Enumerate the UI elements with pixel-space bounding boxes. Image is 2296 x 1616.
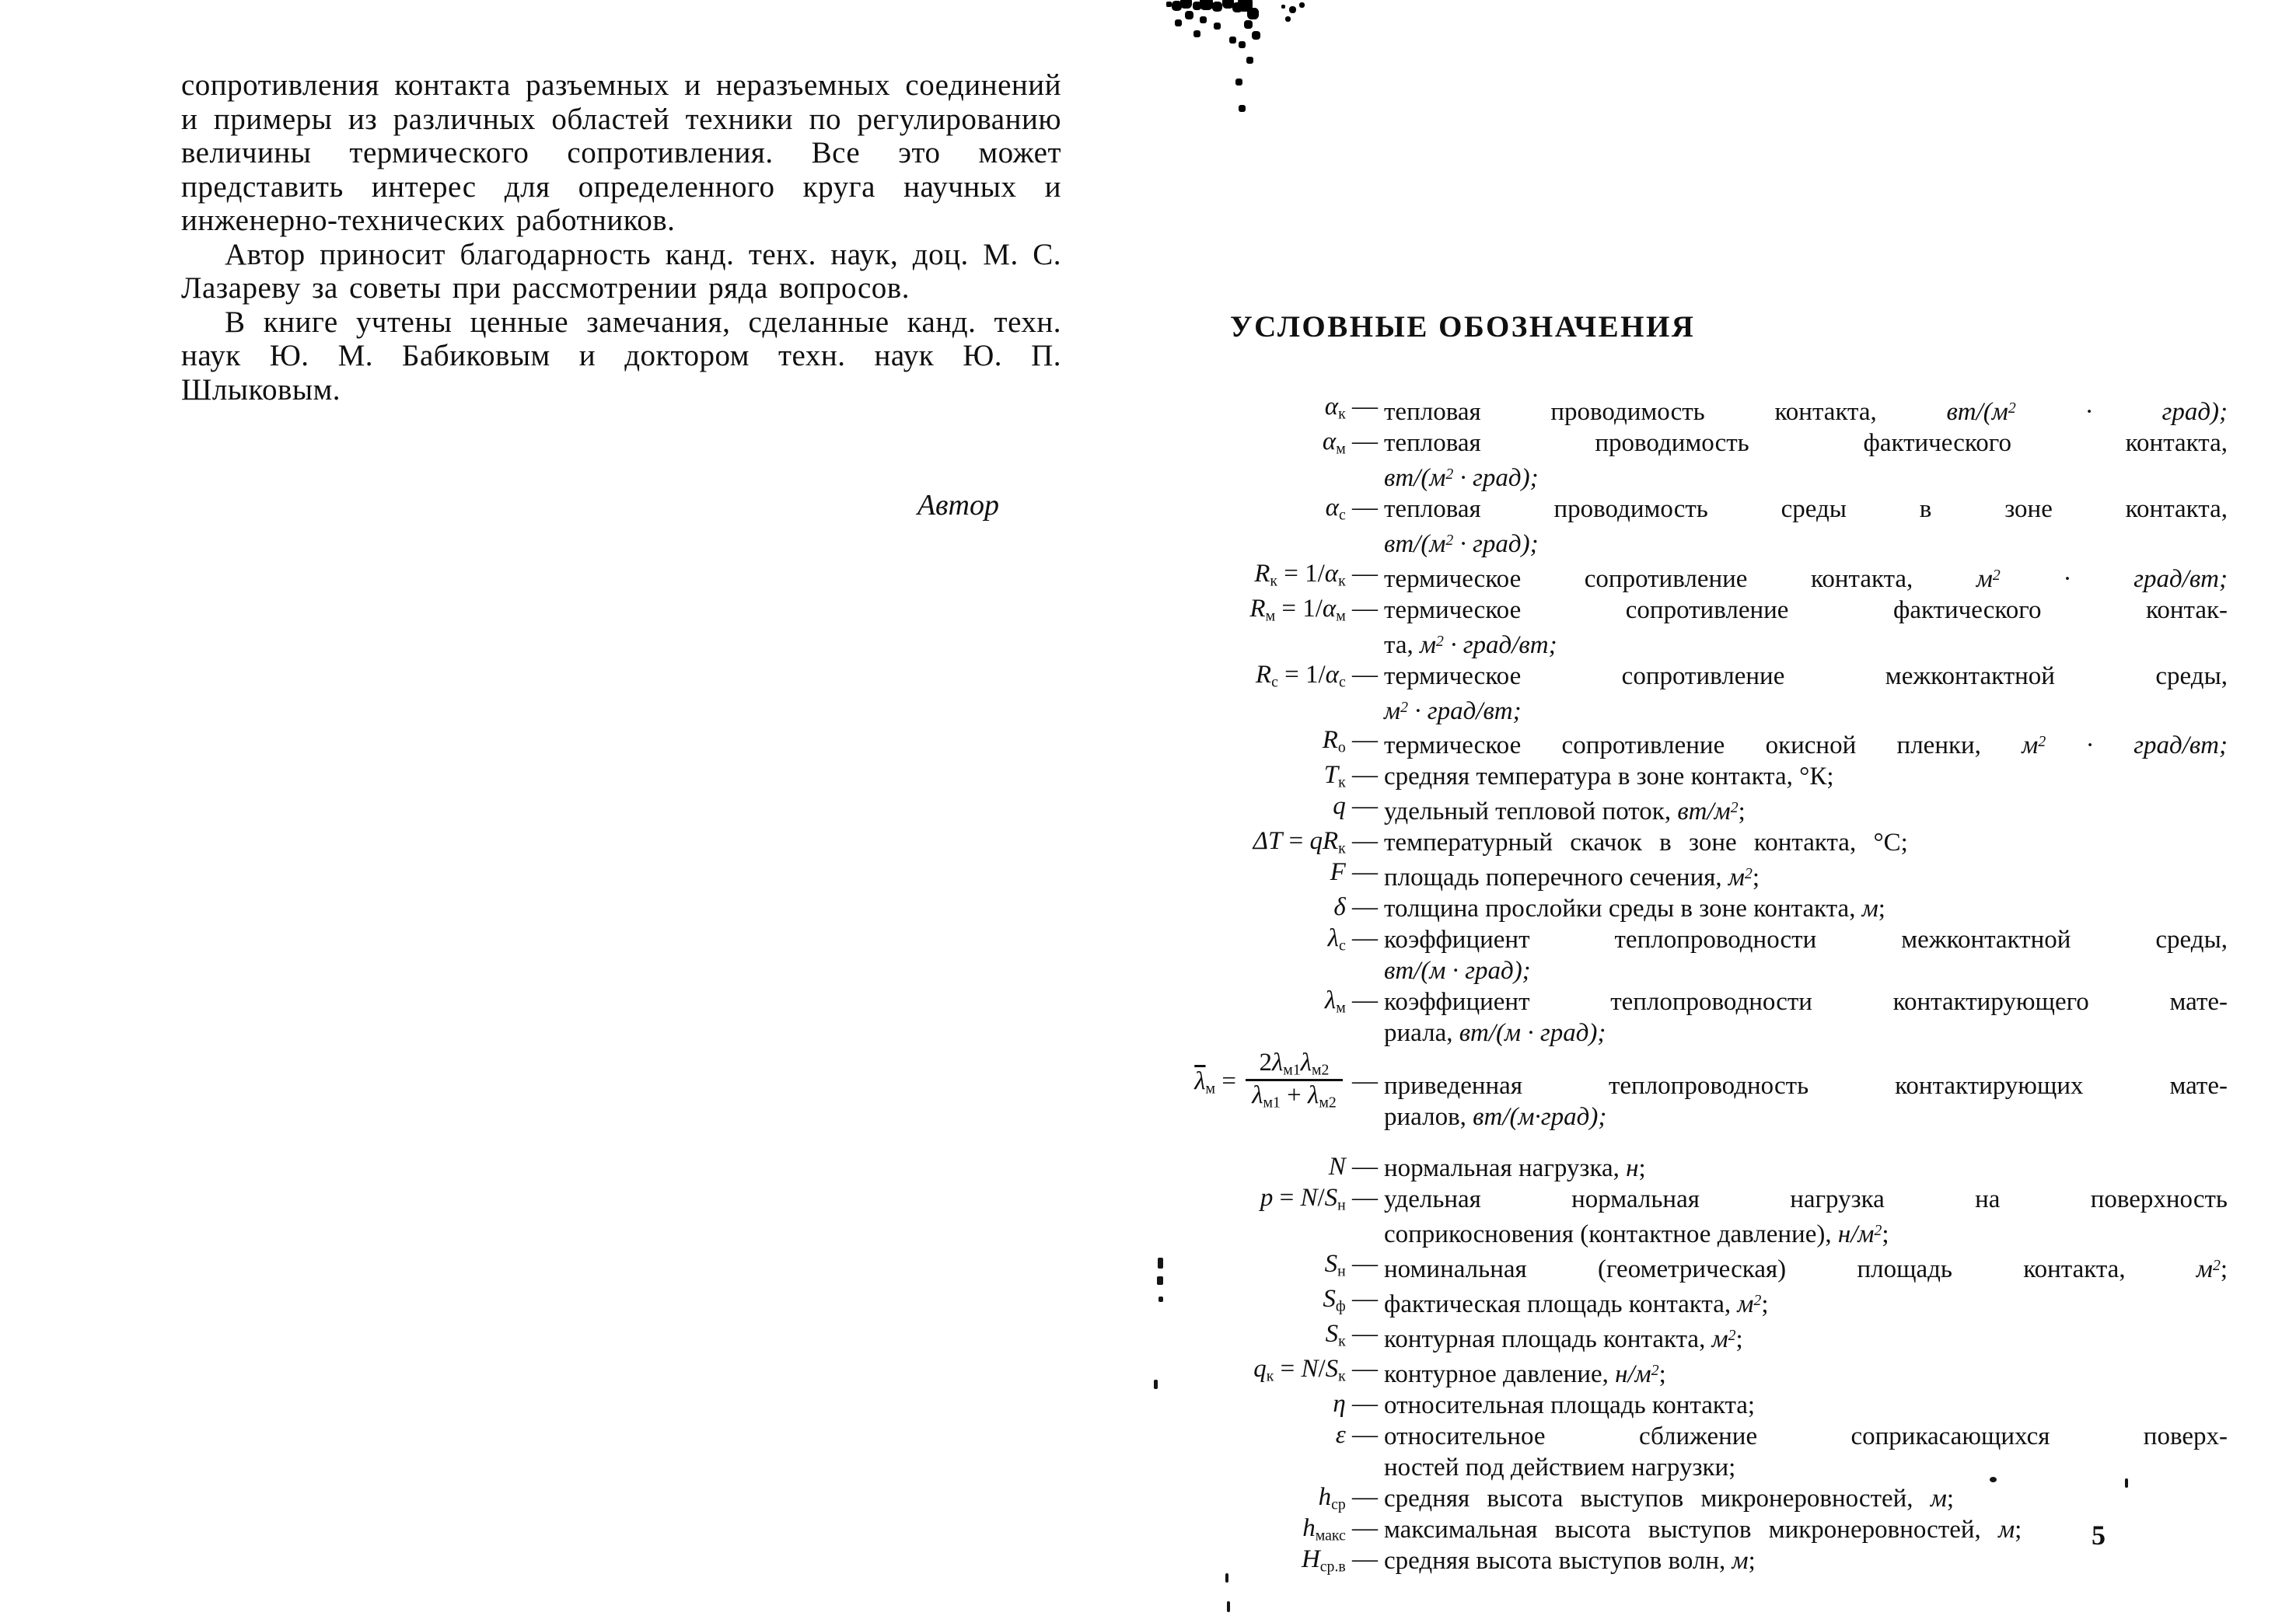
- book-scan-spread: { "page": { "left": { "paragraphs": [ {"…: [0, 0, 2296, 1616]
- author-signature: Автор: [181, 488, 1061, 522]
- ink-speck: [1990, 1477, 1997, 1482]
- page-number: 5: [2092, 1519, 2106, 1551]
- symbol-term: Hср.в —: [1302, 1545, 1378, 1576]
- symbol-entry: q — удельный тепловой поток, вт/м2;: [1197, 792, 2233, 827]
- symbol-entry: p = N/Sн — удельная нормальная нагрузка …: [1197, 1184, 2233, 1250]
- symbol-term: λс —: [1328, 924, 1378, 955]
- symbol-term: Rм = 1/αм —: [1249, 595, 1378, 626]
- ink-speck: [1157, 1276, 1163, 1285]
- symbol-definition: термическое сопротивление окисной пленки…: [1384, 726, 2228, 761]
- symbol-term: Tк —: [1324, 761, 1378, 792]
- symbol-definition: средняя температура в зоне контакта, °К;: [1384, 761, 2228, 792]
- symbol-term: hср —: [1319, 1483, 1378, 1514]
- symbol-term: q —: [1333, 792, 1378, 821]
- ink-speck: [2125, 1478, 2128, 1488]
- symbol-term: δ —: [1333, 893, 1378, 922]
- symbol-term: η —: [1333, 1390, 1378, 1419]
- symbol-entry: qк = N/Sк — контурное давление, н/м2;: [1197, 1355, 2233, 1390]
- symbol-term: αк —: [1325, 393, 1378, 424]
- symbol-entry: Rк = 1/αк — термическое сопротивление ко…: [1197, 560, 2233, 595]
- paragraph: Автор приносит благодарность канд. тенх.…: [181, 238, 1061, 305]
- symbol-term: αм —: [1323, 428, 1378, 459]
- symbol-entry: Sф — фактическая площадь контакта, м2;: [1197, 1285, 2233, 1320]
- symbol-entry: Rс = 1/αс — термическое сопротивление ме…: [1197, 661, 2233, 727]
- paragraph: В книге учтены ценные замечания, сделанн…: [181, 305, 1061, 407]
- symbol-definition: средняя высота выступов микронеровностей…: [1384, 1483, 2228, 1514]
- symbol-term: p = N/Sн —: [1260, 1184, 1378, 1215]
- symbol-definition: коэффициент теплопроводности контактирую…: [1384, 986, 2228, 1049]
- symbol-definition: контурное давление, н/м2;: [1384, 1355, 2228, 1390]
- symbol-definition: фактическая площадь контакта, м2;: [1384, 1285, 2228, 1320]
- symbol-entry: ε — относительное сближение соприкасающи…: [1197, 1421, 2233, 1483]
- symbol-term: qк = N/Sк —: [1253, 1355, 1378, 1386]
- ink-speck: [1227, 1601, 1230, 1612]
- symbol-entry: Rм = 1/αм — термическое сопротивление фа…: [1197, 595, 2233, 661]
- symbol-definition: тепловая проводимость контакта, вт/(м2 ·…: [1384, 393, 2228, 428]
- symbol-definition: коэффициент теплопроводности межконтактн…: [1384, 924, 2228, 986]
- symbols-list: αк — тепловая проводимость контакта, вт/…: [1197, 393, 2233, 1576]
- symbol-entry: λм = 2λм1λм2λм1 + λм2 — приведенная тепл…: [1197, 1049, 2233, 1153]
- symbol-definition: удельная нормальная нагрузка на поверхно…: [1384, 1184, 2228, 1250]
- symbol-entry: λм — коэффициент теплопроводности контак…: [1197, 986, 2233, 1049]
- symbol-definition: относительное сближение соприкасающихся …: [1384, 1421, 2228, 1483]
- symbol-entry: Tк — средняя температура в зоне контакта…: [1197, 761, 2233, 792]
- symbol-term: ΔT = qRк —: [1253, 827, 1378, 858]
- symbol-entry: Sн — номинальная (геометрическая) площад…: [1197, 1250, 2233, 1285]
- ink-smudge: [1281, 5, 1285, 9]
- symbol-definition: термическое сопротивление контакта, м2 ·…: [1384, 560, 2228, 595]
- symbol-term: N —: [1329, 1153, 1378, 1181]
- symbol-entry: Rо — термическое сопротивление окисной п…: [1197, 726, 2233, 761]
- symbol-term: Rк = 1/αк —: [1254, 560, 1378, 591]
- symbol-entry: hср — средняя высота выступов микронеров…: [1197, 1483, 2233, 1514]
- symbol-entry: N — нормальная нагрузка, н;: [1197, 1153, 2233, 1184]
- symbol-definition: относительная площадь контакта;: [1384, 1390, 2228, 1421]
- symbol-term: Sн —: [1325, 1250, 1378, 1281]
- symbol-term: αс —: [1326, 494, 1378, 525]
- symbol-definition: термическое сопротивление межконтактной …: [1384, 661, 2228, 727]
- symbol-entry: Sк — контурная площадь контакта, м2;: [1197, 1320, 2233, 1355]
- symbol-entry: ΔT = qRк — температурный скачок в зоне к…: [1197, 827, 2233, 858]
- symbol-entry: λс — коэффициент теплопроводности межкон…: [1197, 924, 2233, 986]
- symbol-entry: η — относительная площадь контакта;: [1197, 1390, 2233, 1421]
- symbol-entry: hмакс — максимальная высота выступов мик…: [1197, 1514, 2233, 1545]
- symbol-definition: контурная площадь контакта, м2;: [1384, 1320, 2228, 1355]
- symbol-definition: температурный скачок в зоне контакта, °С…: [1384, 827, 2228, 858]
- symbol-entry: αк — тепловая проводимость контакта, вт/…: [1197, 393, 2233, 428]
- ink-speck: [1158, 1258, 1163, 1269]
- fraction: 2λм1λм2λм1 + λм2: [1246, 1049, 1343, 1111]
- symbol-definition: удельный тепловой поток, вт/м2;: [1384, 792, 2228, 827]
- symbol-entry: αм — тепловая проводимость фактического …: [1197, 428, 2233, 494]
- symbol-term: hмакс —: [1302, 1514, 1378, 1545]
- ink-smudge: [1166, 2, 1172, 7]
- symbol-definition: нормальная нагрузка, н;: [1384, 1153, 2228, 1184]
- symbol-definition: приведенная теплопроводность контактирую…: [1384, 1049, 2228, 1153]
- ink-speck: [1225, 1573, 1228, 1583]
- symbol-term: Sк —: [1326, 1320, 1378, 1351]
- symbol-term: λм —: [1325, 986, 1378, 1017]
- symbol-entry: Hср.в — средняя высота выступов волн, м;: [1197, 1545, 2233, 1576]
- symbol-definition: толщина прослойки среды в зоне контакта,…: [1384, 893, 2228, 924]
- ink-speck: [1154, 1380, 1158, 1389]
- paragraph: сопротивления контакта разъемных и нераз…: [181, 68, 1061, 238]
- symbol-entry: F — площадь поперечного сечения, м2;: [1197, 858, 2233, 893]
- symbol-term: λм = 2λм1λм2λм1 + λм2 —: [1194, 1052, 1378, 1114]
- symbol-definition: номинальная (геометрическая) площадь кон…: [1384, 1250, 2228, 1285]
- symbol-term: Rо —: [1323, 726, 1378, 757]
- ink-speck: [1158, 1297, 1163, 1302]
- symbol-entry: δ — толщина прослойки среды в зоне конта…: [1197, 893, 2233, 924]
- symbol-term: F —: [1330, 858, 1378, 887]
- symbol-term: Sф —: [1323, 1285, 1378, 1316]
- page-title: УСЛОВНЫЕ ОБОЗНАЧЕНИЯ: [1230, 309, 1695, 344]
- symbol-term: ε —: [1336, 1421, 1378, 1450]
- left-paragraphs: сопротивления контакта разъемных и нераз…: [181, 68, 1061, 407]
- symbol-definition: термическое сопротивление фактического к…: [1384, 595, 2228, 661]
- symbol-entry: αс — тепловая проводимость среды в зоне …: [1197, 494, 2233, 560]
- symbol-definition: площадь поперечного сечения, м2;: [1384, 858, 2228, 893]
- symbol-term: Rс = 1/αс —: [1256, 661, 1378, 692]
- symbol-definition: тепловая проводимость фактического конта…: [1384, 428, 2228, 494]
- symbol-definition: тепловая проводимость среды в зоне конта…: [1384, 494, 2228, 560]
